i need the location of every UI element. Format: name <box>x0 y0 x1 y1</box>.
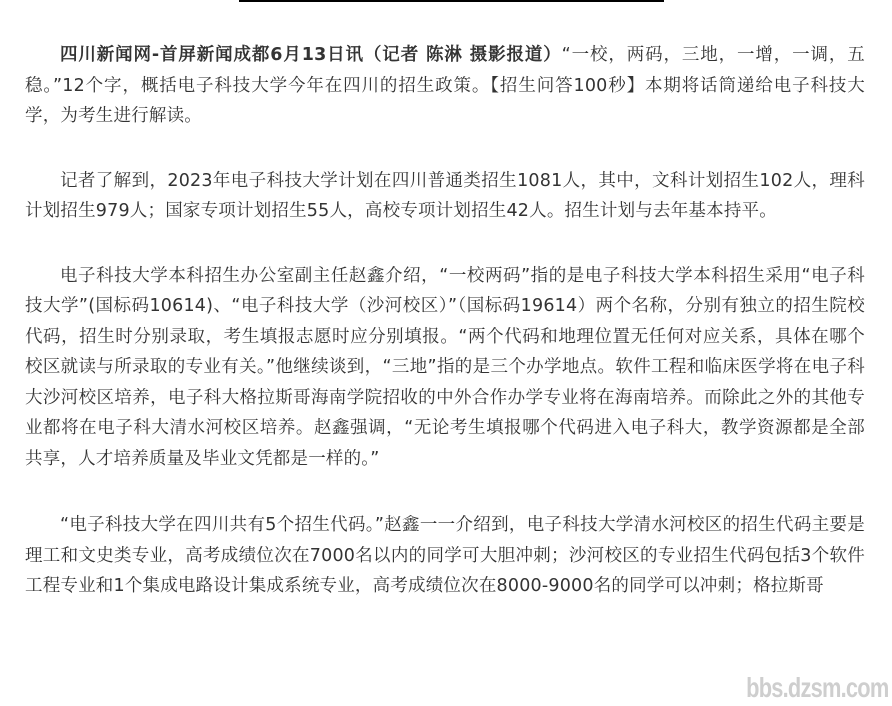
site-watermark: bbs.dzsm.com <box>746 672 888 704</box>
article-paragraph-text: 电子科技大学本科招生办公室副主任赵鑫介绍，“一校两码”指的是电子科技大学本科招生… <box>25 266 865 469</box>
article-paragraph-text: “电子科技大学在四川共有5个招生代码。”赵鑫一一介绍到，电子科技大学清水河校区的… <box>25 515 865 596</box>
article-paragraph-lead: 四川新闻网-首屏新闻成都6月13日讯（记者 陈淋 摄影报道）“一校，两码，三地，… <box>25 40 865 132</box>
top-divider-rule <box>239 0 664 2</box>
article-paragraph: 记者了解到，2023年电子科技大学计划在四川普通类招生1081人，其中，文科计划… <box>25 166 865 227</box>
article-dateline: 四川新闻网-首屏新闻成都6月13日讯（记者 陈淋 摄影报道） <box>60 45 562 65</box>
article-paragraph: “电子科技大学在四川共有5个招生代码。”赵鑫一一介绍到，电子科技大学清水河校区的… <box>25 510 865 602</box>
article-paragraph-text: 记者了解到，2023年电子科技大学计划在四川普通类招生1081人，其中，文科计划… <box>25 171 865 222</box>
article-paragraph: 电子科技大学本科招生办公室副主任赵鑫介绍，“一校两码”指的是电子科技大学本科招生… <box>25 261 865 475</box>
news-article-body: 四川新闻网-首屏新闻成都6月13日讯（记者 陈淋 摄影报道）“一校，两码，三地，… <box>25 40 865 602</box>
